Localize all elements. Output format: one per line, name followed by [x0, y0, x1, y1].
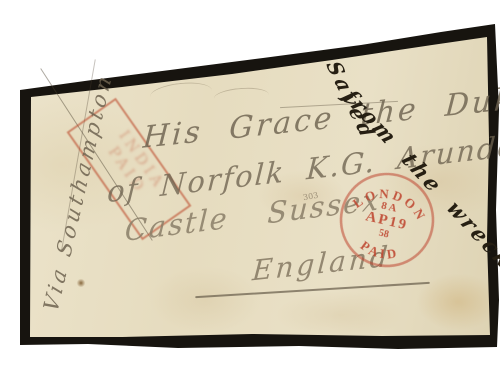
cds-bottom-arc: PAID	[356, 236, 403, 265]
photo-stage: INDIA PAID Via Southampton His Grace the…	[0, 0, 500, 375]
svg-text:PAID: PAID	[356, 236, 403, 265]
cds-year: 58	[378, 228, 390, 241]
